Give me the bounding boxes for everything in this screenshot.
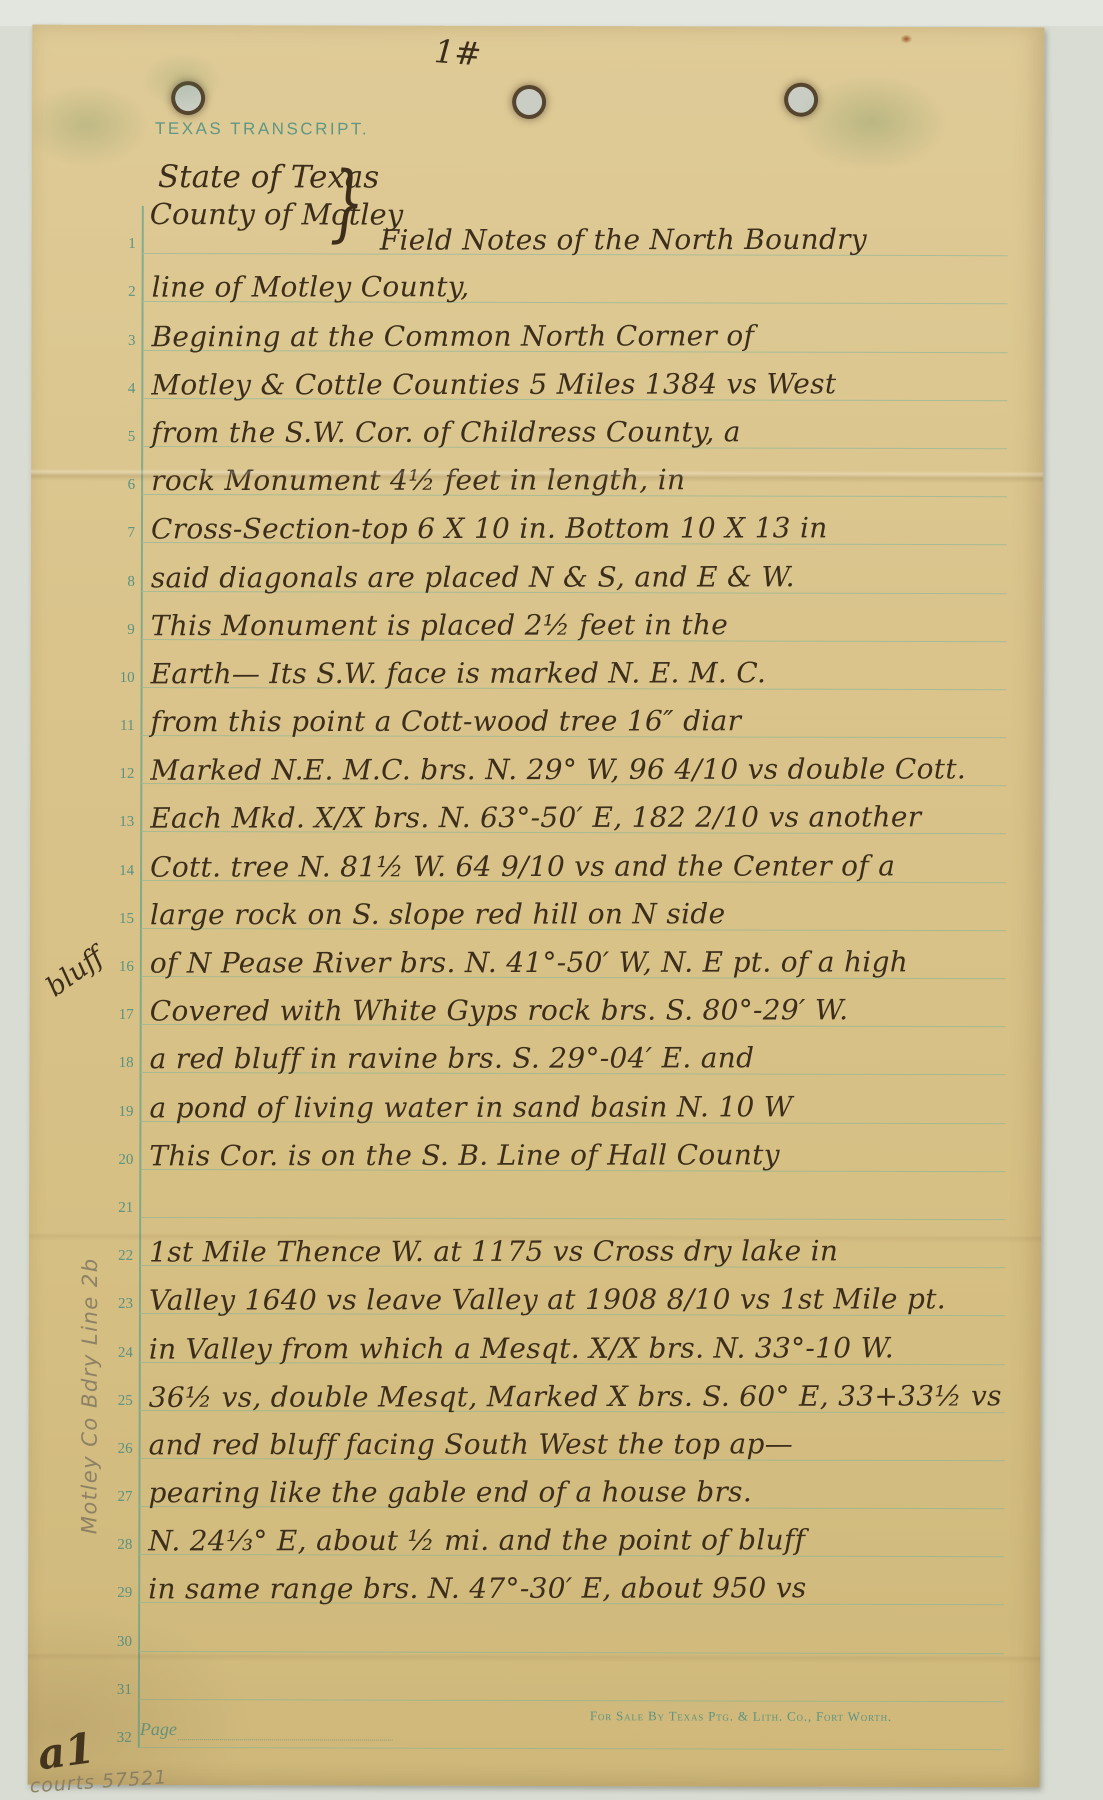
punch-hole-center [516, 89, 542, 115]
line-number: 28 [104, 1537, 132, 1554]
line-number: 4 [107, 381, 135, 398]
ruled-line-row: 6rock Monument 4½ feet in length, in [141, 447, 1007, 497]
line-text: This Monument is placed 2½ feet in the [151, 608, 728, 642]
ruled-line-row: 11from this point a Cott-wood tree 16″ d… [140, 688, 1006, 738]
line-number: 9 [107, 622, 135, 639]
line-number: 22 [105, 1248, 133, 1265]
line-text: Cott. tree N. 81½ W. 64 9/10 vs and the … [150, 849, 895, 883]
line-number: 23 [105, 1296, 133, 1313]
line-text: Each Mkd. X/X brs. N. 63°-50′ E, 182 2/1… [150, 801, 921, 835]
line-number: 20 [105, 1152, 133, 1169]
punch-hole-left [175, 85, 201, 111]
line-text: said diagonals are placed N & S, and E &… [151, 560, 795, 594]
scanned-document-page: { "document": { "corner_label": "1#", "l… [0, 0, 1103, 1800]
line-number: 31 [104, 1682, 132, 1699]
line-text: Begining at the Common North Corner of [151, 319, 754, 353]
line-number: 13 [106, 814, 134, 831]
line-number: 10 [107, 670, 135, 687]
line-text: from the S.W. Cor. of Childress County, … [151, 415, 741, 449]
line-text: Field Notes of the North Boundry [380, 223, 867, 257]
line-text: a red bluff in ravine brs. S. 29°-04′ E.… [150, 1042, 755, 1076]
ruled-line-row: 23Valley 1640 vs leave Valley at 1908 8/… [139, 1266, 1005, 1316]
line-text: and red bluff facing South West the top … [149, 1427, 794, 1461]
ruled-line-row: 29in same range brs. N. 47°-30′ E, about… [138, 1555, 1004, 1605]
line-text: in Valley from which a Mesqt. X/X brs. N… [149, 1331, 894, 1365]
line-number: 1 [108, 236, 136, 253]
line-text: rock Monument 4½ feet in length, in [151, 463, 685, 497]
line-number: 21 [105, 1200, 133, 1217]
ruled-line-row: 12Marked N.E. M.C. brs. N. 29° W, 96 4/1… [140, 736, 1006, 786]
line-number: 25 [105, 1393, 133, 1410]
line-number: 12 [106, 766, 134, 783]
ruled-line-row: 13Each Mkd. X/X brs. N. 63°-50′ E, 182 2… [140, 784, 1006, 834]
side-note-vertical: Motley Co Bdry Line 2b [77, 1136, 104, 1656]
ruled-line-row: 27pearing like the gable end of a house … [138, 1459, 1004, 1509]
line-number: 18 [106, 1055, 134, 1072]
ruled-line-row: 8said diagonals are placed N & S, and E … [141, 543, 1007, 593]
line-number: 5 [107, 429, 135, 446]
line-number: 3 [107, 332, 135, 349]
line-number: 26 [105, 1441, 133, 1458]
line-number: 17 [106, 1007, 134, 1024]
punch-hole-right [788, 87, 814, 113]
line-text: Cross-Section-top 6 X 10 in. Bottom 10 X… [151, 512, 828, 546]
ruled-line-row: 15large rock on S. slope red hill on N s… [140, 881, 1006, 931]
ruled-line-row: 9This Monument is placed 2½ feet in the [141, 591, 1007, 641]
letterhead-text: TEXAS TRANSCRIPT. [155, 119, 369, 140]
line-text: a pond of living water in sand basin N. … [149, 1090, 792, 1124]
ruled-line-row: 10Earth— Its S.W. face is marked N. E. M… [141, 640, 1007, 690]
ruled-line-row: 1Field Notes of the North Boundry [142, 206, 1008, 256]
page-corner-label: 1# [433, 32, 483, 73]
ruled-line-row: 24in Valley from which a Mesqt. X/X brs.… [139, 1314, 1005, 1364]
line-text: 36½ vs, double Mesqt, Marked X brs. S. 6… [149, 1379, 1002, 1413]
line-number: 19 [105, 1103, 133, 1120]
line-number: 6 [107, 477, 135, 494]
paper-sheet: 1# TEXAS TRANSCRIPT. State of Texas Coun… [28, 25, 1045, 1788]
line-text: from this point a Cott-wood tree 16″ dia… [150, 704, 741, 738]
line-text: pearing like the gable end of a house br… [148, 1475, 752, 1509]
ruled-area: 1Field Notes of the North Boundry2line o… [28, 206, 1044, 1751]
line-text: 1st Mile Thence W. at 1175 vs Cross dry … [149, 1234, 838, 1268]
line-text: line of Motley County, [152, 271, 470, 305]
line-text: N. 24⅓° E, about ½ mi. and the point of … [148, 1524, 805, 1558]
footer-page-label: Page [140, 1719, 177, 1740]
line-number: 2 [108, 284, 136, 301]
ruled-line-row: 221st Mile Thence W. at 1175 vs Cross dr… [139, 1218, 1005, 1268]
line-number: 14 [106, 862, 134, 879]
line-number: 11 [106, 718, 134, 735]
ruled-line-row: 7Cross-Section-top 6 X 10 in. Bottom 10 … [141, 495, 1007, 545]
line-text: Motley & Cottle Counties 5 Miles 1384 vs… [151, 367, 836, 401]
line-text: large rock on S. slope red hill on N sid… [150, 897, 726, 931]
ruled-line-row: 19a pond of living water in sand basin N… [139, 1073, 1005, 1123]
line-text: Valley 1640 vs leave Valley at 1908 8/10… [149, 1283, 946, 1317]
line-number: 32 [104, 1730, 132, 1747]
ruled-line-row: 21 [139, 1170, 1005, 1220]
line-number: 27 [104, 1489, 132, 1506]
line-number: 24 [105, 1344, 133, 1361]
ruled-line-row: 4Motley & Cottle Counties 5 Miles 1384 v… [141, 351, 1007, 401]
ruled-line-row: 30 [138, 1603, 1004, 1653]
line-text: in same range brs. N. 47°-30′ E, about 9… [148, 1572, 806, 1606]
ruled-line-row: 26and red bluff facing South West the to… [139, 1411, 1005, 1461]
ruled-line-row: 32 [138, 1700, 1004, 1750]
ruled-line-row: 17Covered with White Gyps rock brs. S. 8… [140, 977, 1006, 1027]
line-text: Marked N.E. M.C. brs. N. 29° W, 96 4/10 … [150, 753, 966, 787]
ruled-line-row: 14Cott. tree N. 81½ W. 64 9/10 vs and th… [140, 832, 1006, 882]
footer-printer-credit: For Sale By Texas Ptg. & Lith. Co., Fort… [590, 1708, 892, 1725]
line-number: 29 [104, 1585, 132, 1602]
line-number: 8 [107, 573, 135, 590]
line-number: 30 [104, 1633, 132, 1650]
ruled-line-row: 31 [138, 1652, 1004, 1702]
ruled-line-row: 2536½ vs, double Mesqt, Marked X brs. S.… [139, 1362, 1005, 1412]
line-number: 7 [107, 525, 135, 542]
line-text: Covered with White Gyps rock brs. S. 80°… [150, 993, 849, 1027]
scan-mat-background [0, 0, 1103, 26]
ruled-line-row: 5from the S.W. Cor. of Childress County,… [141, 399, 1007, 449]
line-text: This Cor. is on the S. B. Line of Hall C… [149, 1138, 780, 1172]
line-number: 16 [106, 959, 134, 976]
ruled-line-row: 16of N Pease River brs. N. 41°-50′ W, N.… [140, 929, 1006, 979]
line-text: Earth— Its S.W. face is marked N. E. M. … [151, 656, 767, 690]
ruled-line-row: 18a red bluff in ravine brs. S. 29°-04′ … [140, 1025, 1006, 1075]
ruled-line-row: 3Begining at the Common North Corner of [141, 302, 1007, 352]
line-number: 15 [106, 911, 134, 928]
ruled-line-row: 20This Cor. is on the S. B. Line of Hall… [139, 1122, 1005, 1172]
line-text: of N Pease River brs. N. 41°-50′ W, N. E… [150, 945, 908, 979]
ruled-line-row: 28N. 24⅓° E, about ½ mi. and the point o… [138, 1507, 1004, 1557]
ruled-line-row: 2line of Motley County, [142, 254, 1008, 304]
